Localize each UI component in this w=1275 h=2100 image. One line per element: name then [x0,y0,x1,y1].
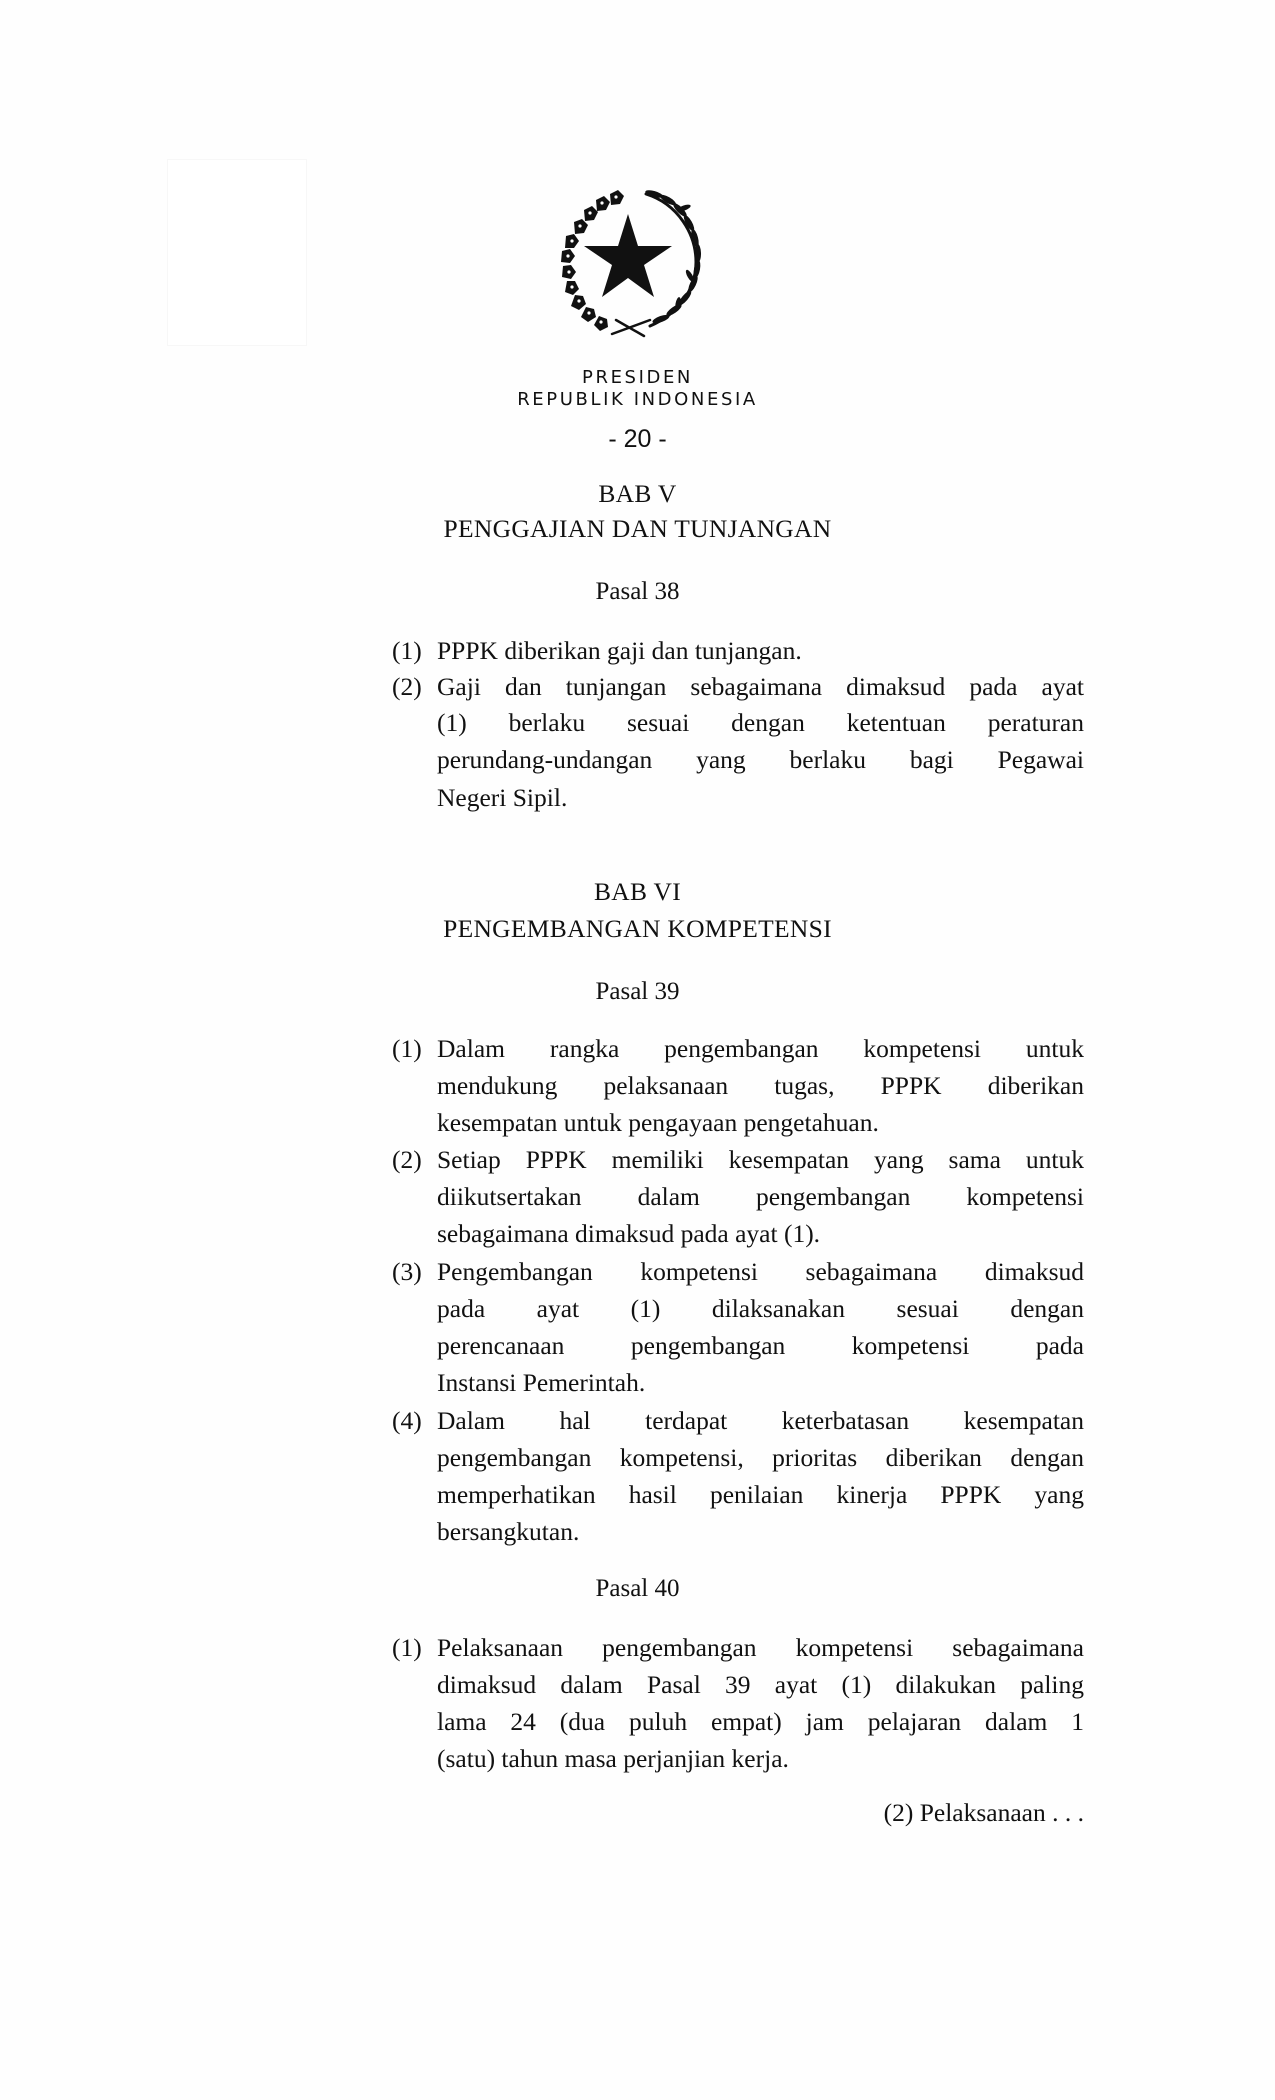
clause-number: (3) [392,1253,432,1290]
clause-line: Gaji dan tunjangan sebagaimana dimaksud … [437,668,1084,705]
scan-artifact [168,160,306,345]
clause-line: diikutsertakan dalam pengembangan kompet… [437,1178,1084,1215]
article-heading: Pasal 39 [0,978,1275,1006]
clause-number: (4) [392,1402,432,1439]
clause-line: Dalam hal terdapat keterbatasan kesempat… [437,1402,1084,1439]
clause-line: Instansi Pemerintah. [437,1364,1084,1401]
clause-line: pengembangan kompetensi, prioritas diber… [437,1439,1084,1476]
clause-line: Dalam rangka pengembangan kompetensi unt… [437,1030,1084,1067]
clause-line: mendukung pelaksanaan tugas, PPPK diberi… [437,1067,1084,1104]
clause-line: perencanaan pengembangan kompetensi pada [437,1327,1084,1364]
clause-line: kesempatan untuk pengayaan pengetahuan. [437,1104,1084,1141]
clause-line: perundang-undangan yang berlaku bagi Peg… [437,741,1084,778]
clause-line: Pengembangan kompetensi sebagaimana dima… [437,1253,1084,1290]
header-president: PRESIDEN [0,367,1275,388]
chapter-title: PENGGAJIAN DAN TUNJANGAN [0,516,1275,544]
clause-line: bersangkutan. [437,1513,1084,1550]
clause-number: (1) [392,632,432,669]
article-heading: Pasal 38 [0,578,1275,606]
clause-line: (satu) tahun masa perjanjian kerja. [437,1740,1084,1777]
chapter-number: BAB VI [0,879,1275,907]
header-republic: REPUBLIK INDONESIA [0,389,1275,410]
chapter-title: PENGEMBANGAN KOMPETENSI [0,916,1275,944]
article-heading: Pasal 40 [0,1575,1275,1603]
clause-line: (1) berlaku sesuai dengan ketentuan pera… [437,704,1084,741]
clause-number: (1) [392,1629,432,1666]
clause-line: pada ayat (1) dilaksanakan sesuai dengan [437,1290,1084,1327]
clause-line: sebagaimana dimaksud pada ayat (1). [437,1215,1084,1252]
state-emblem-icon [550,186,706,338]
clause-line: memperhatikan hasil penilaian kinerja PP… [437,1476,1084,1513]
clause-number: (2) [392,668,432,705]
clause-line: Negeri Sipil. [437,779,1084,816]
clause-number: (2) [392,1141,432,1178]
clause-line: dimaksud dalam Pasal 39 ayat (1) dilakuk… [437,1666,1084,1703]
document-page: PRESIDEN REPUBLIK INDONESIA - 20 - BAB V… [0,0,1275,2100]
chapter-number: BAB V [0,481,1275,509]
clause-line: Pelaksanaan pengembangan kompetensi seba… [437,1629,1084,1666]
clause-line: Setiap PPPK memiliki kesempatan yang sam… [437,1141,1084,1178]
clause-line: PPPK diberikan gaji dan tunjangan. [437,632,1084,669]
clause-number: (1) [392,1030,432,1067]
page-number: - 20 - [0,425,1275,454]
clause-line: lama 24 (dua puluh empat) jam pelajaran … [437,1703,1084,1740]
catchword: (2) Pelaksanaan . . . [884,1798,1084,1828]
